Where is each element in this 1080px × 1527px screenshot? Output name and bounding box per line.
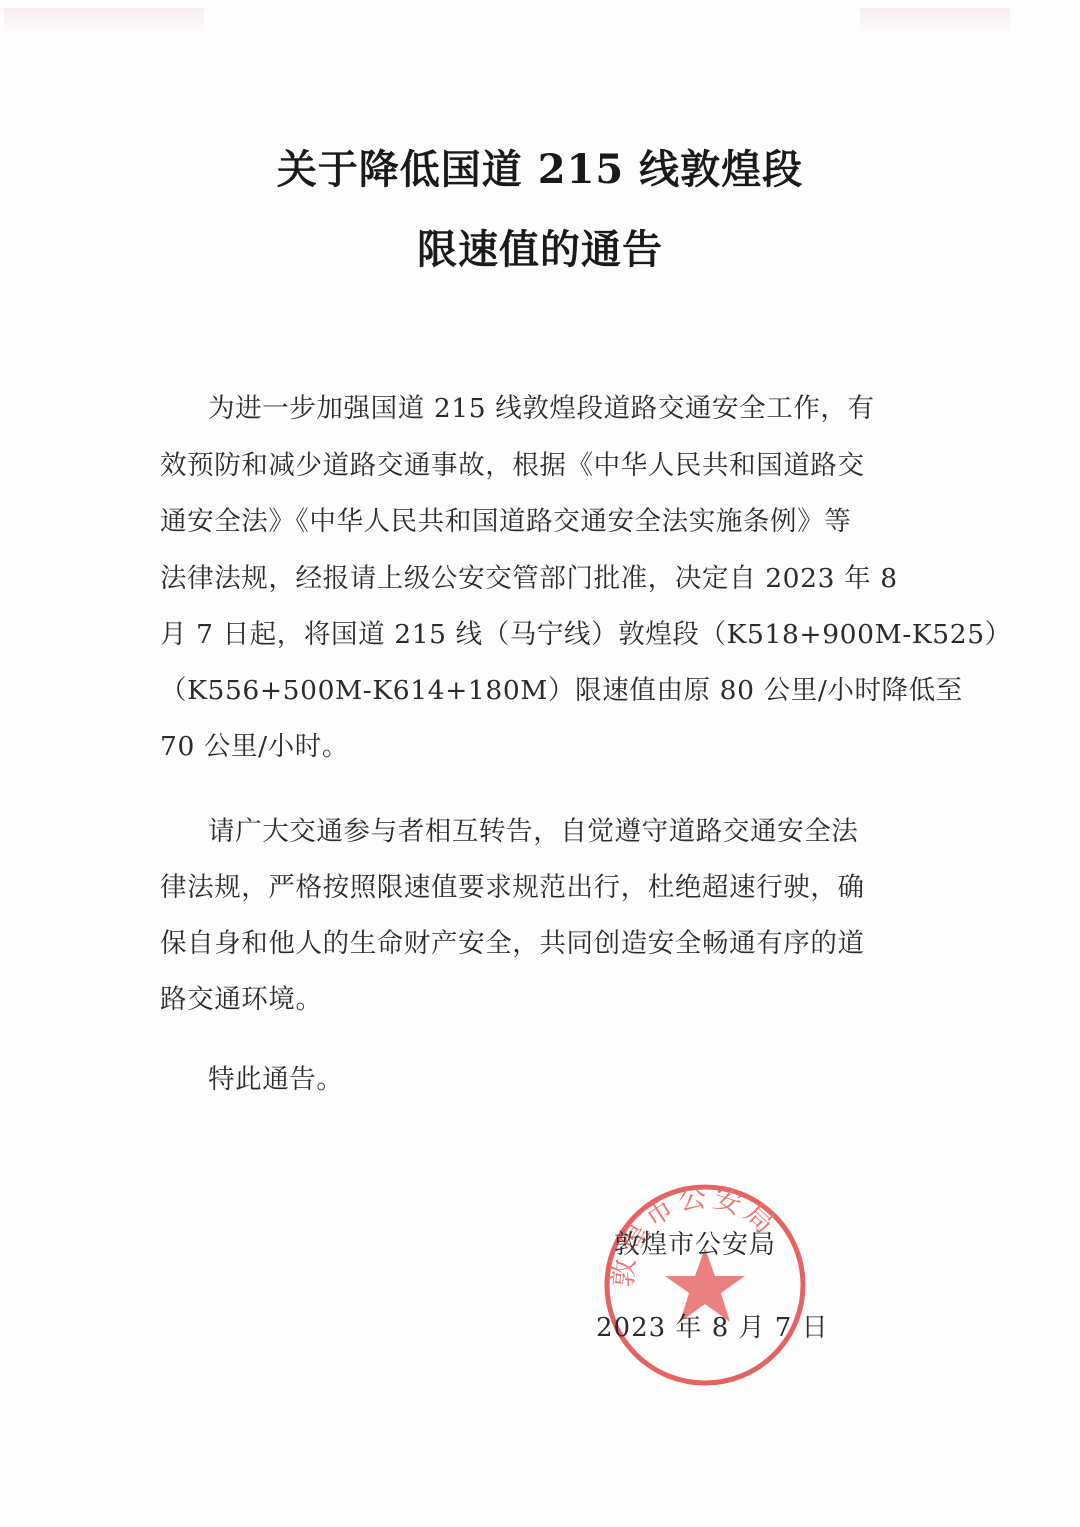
- document-page: 关于降低国道 215 线敦煌段 限速值的通告 为进一步加强国道 215 线敦煌段…: [0, 0, 1080, 1527]
- document-title-line-2: 限速值的通告: [0, 226, 1080, 274]
- scan-artifact: [860, 8, 1010, 34]
- paragraph-2-line: 律法规，严格按照限速值要求规范出行，杜绝超速行驶，确: [160, 871, 920, 905]
- paragraph-1-line: 月 7 日起，将国道 215 线（马宁线）敦煌段（K518+900M-K525）: [160, 618, 920, 652]
- paragraph-1-line: 通安全法》《中华人民共和国道路交通安全法实施条例》等: [160, 505, 920, 539]
- paragraph-1-line: 为进一步加强国道 215 线敦煌段道路交通安全工作，有: [208, 392, 968, 426]
- paragraph-2-line: 保自身和他人的生命财产安全，共同创造安全畅通有序的道: [160, 927, 920, 961]
- paragraph-1-line: 效预防和减少道路交通事故，根据《中华人民共和国道路交: [160, 449, 920, 483]
- document-title-line-1: 关于降低国道 215 线敦煌段: [0, 146, 1080, 194]
- signature-date: 2023 年 8 月 7 日: [596, 1311, 829, 1345]
- signature-organization: 敦煌市公安局: [614, 1228, 776, 1262]
- paragraph-1-line: 法律法规，经报请上级公安交管部门批准，决定自 2023 年 8: [160, 562, 920, 596]
- official-seal: 敦煌市公安局: [600, 1180, 810, 1390]
- paragraph-2-line: 请广大交通参与者相互转告，自觉遵守道路交通安全法: [208, 815, 968, 849]
- scan-artifact: [4, 8, 204, 34]
- paragraph-1-line: （K556+500M-K614+180M）限速值由原 80 公里/小时降低至: [160, 674, 920, 708]
- closing-statement: 特此通告。: [208, 1063, 968, 1097]
- paragraph-1-line: 70 公里/小时。: [160, 730, 920, 764]
- paragraph-2-line: 路交通环境。: [160, 983, 920, 1017]
